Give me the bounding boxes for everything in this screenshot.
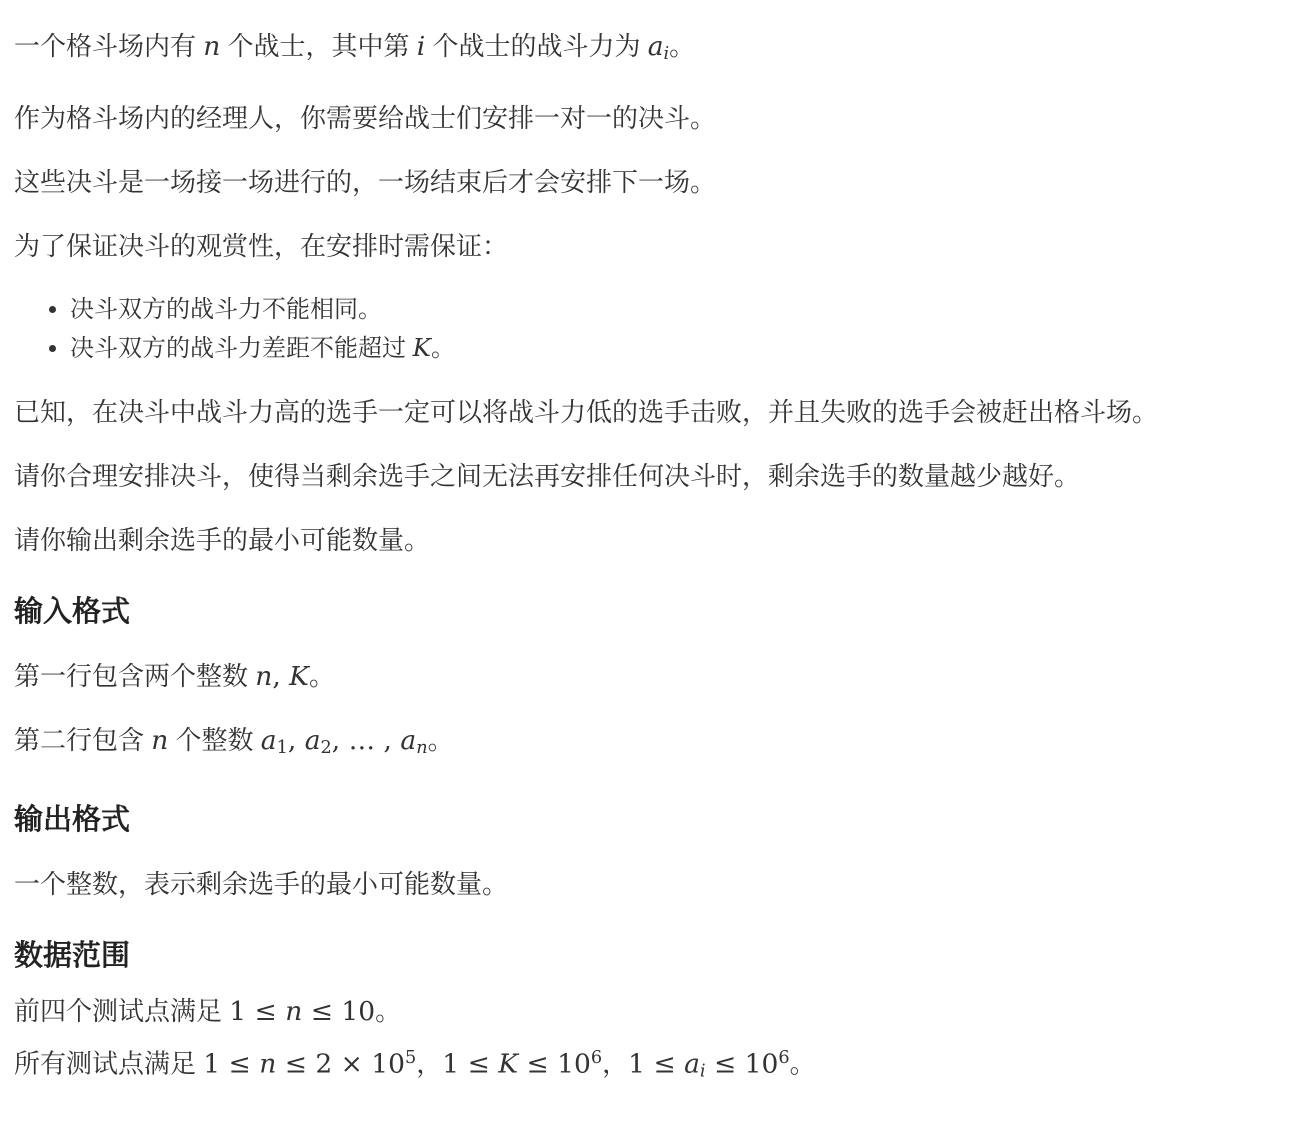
paragraph: 请你输出剩余选手的最小可能数量。 — [14, 521, 1277, 560]
math-run: K — [413, 333, 431, 362]
paragraph: 已知，在决斗中战斗力高的选手一定可以将战斗力低的选手击败，并且失败的选手会被赶出… — [14, 393, 1277, 432]
text-run: 。 — [790, 1048, 816, 1078]
text-run: 个战士的战斗力为 — [425, 31, 647, 61]
paragraph: 第二行包含 n 个整数 a1, a2, … , an。 — [14, 721, 1277, 768]
text-run: 请你输出剩余选手的最小可能数量。 — [14, 525, 430, 555]
math-run: 6 — [778, 1048, 789, 1068]
text-run: 一个格斗场内有 — [14, 31, 203, 61]
math-run: 1 ≤ — [229, 996, 285, 1027]
math-run: n — [203, 31, 220, 62]
section-heading-input-format: 输入格式 — [14, 592, 1277, 632]
math-run: ≤ 2 × 10 — [276, 1048, 405, 1079]
text-run: 个整数 — [168, 725, 260, 755]
text-run: 已知，在决斗中战斗力高的选手一定可以将战斗力低的选手击败，并且失败的选手会被赶出… — [14, 397, 1158, 427]
math-run: n — [259, 1048, 276, 1079]
text-run: 作为格斗场内的经理人，你需要给战士们安排一对一的决斗。 — [14, 103, 716, 133]
section-heading-data-range: 数据范围 — [14, 936, 1277, 976]
paragraph: 一个整数，表示剩余选手的最小可能数量。 — [14, 865, 1277, 904]
math-run: a — [305, 725, 321, 756]
text-run: 所有测试点满足 — [14, 1048, 203, 1078]
paragraph: 请你合理安排决斗，使得当剩余选手之间无法再安排任何决斗时，剩余选手的数量越少越好… — [14, 457, 1277, 496]
text-run: 个战士，其中第 — [220, 31, 416, 61]
text-run: 决斗双方的战斗力差距不能超过 — [70, 335, 413, 362]
list-item: 决斗双方的战斗力差距不能超过 K。 — [70, 329, 1277, 368]
math-run: 1 — [277, 738, 288, 758]
text-run: 。 — [428, 725, 454, 755]
math-run: n — [285, 996, 302, 1027]
math-run: , — [272, 661, 289, 692]
paragraph: 一个格斗场内有 n 个战士，其中第 i 个战士的战斗力为 ai。 — [14, 27, 1277, 74]
text-run: 。 — [375, 996, 401, 1026]
math-run: K — [289, 661, 309, 692]
text-run: 这些决斗是一场接一场进行的，一场结束后才会安排下一场。 — [14, 167, 716, 197]
math-run: i — [417, 31, 425, 62]
paragraph: 作为格斗场内的经理人，你需要给战士们安排一对一的决斗。 — [14, 99, 1277, 138]
math-run: 6 — [591, 1048, 602, 1068]
text-run: 请你合理安排决斗，使得当剩余选手之间无法再安排任何决斗时，剩余选手的数量越少越好… — [14, 461, 1080, 491]
math-run: , — [288, 725, 305, 756]
math-run: n — [255, 661, 272, 692]
text-run: 第一行包含两个整数 — [14, 661, 255, 691]
math-run: 5 — [405, 1048, 416, 1068]
math-run: 1 ≤ — [628, 1048, 684, 1079]
math-run: 1 ≤ — [203, 1048, 259, 1079]
text-run: 第二行包含 — [14, 725, 151, 755]
text-run: 。 — [431, 335, 455, 362]
section-heading-output-format: 输出格式 — [14, 800, 1277, 840]
text-run: 为了保证决斗的观赏性，在安排时需保证： — [14, 231, 508, 261]
math-run: a — [400, 725, 416, 756]
math-run: a — [648, 31, 664, 62]
paragraph: 这些决斗是一场接一场进行的，一场结束后才会安排下一场。 — [14, 163, 1277, 202]
math-run: ≤ 10 — [706, 1048, 779, 1079]
problem-statement: 一个格斗场内有 n 个战士，其中第 i 个战士的战斗力为 ai。作为格斗场内的经… — [14, 27, 1277, 1095]
list-item: 决斗双方的战斗力不能相同。 — [70, 291, 1277, 329]
math-run: K — [498, 1048, 518, 1079]
bullet-list: 决斗双方的战斗力不能相同。决斗双方的战斗力差距不能超过 K。 — [14, 291, 1277, 368]
math-run: 1 ≤ — [442, 1048, 498, 1079]
math-run: ≤ 10 — [302, 996, 375, 1027]
math-run: a — [684, 1048, 700, 1079]
math-run: , … , — [332, 725, 401, 756]
text-run: 决斗双方的战斗力不能相同。 — [70, 296, 382, 323]
text-run: 。 — [669, 31, 695, 61]
paragraph: 前四个测试点满足 1 ≤ n ≤ 10。所有测试点满足 1 ≤ n ≤ 2 × … — [14, 988, 1277, 1096]
text-run: ， — [602, 1048, 628, 1078]
text-run: 。 — [309, 661, 335, 691]
math-run: a — [261, 725, 277, 756]
math-run: 2 — [321, 738, 332, 758]
math-run: n — [151, 725, 168, 756]
paragraph: 为了保证决斗的观赏性，在安排时需保证： — [14, 227, 1277, 266]
text-run: 前四个测试点满足 — [14, 996, 229, 1026]
paragraph: 第一行包含两个整数 n, K。 — [14, 657, 1277, 696]
text-run: ， — [416, 1048, 442, 1078]
math-run: n — [416, 738, 427, 758]
text-run: 一个整数，表示剩余选手的最小可能数量。 — [14, 869, 508, 899]
math-run: ≤ 10 — [518, 1048, 591, 1079]
